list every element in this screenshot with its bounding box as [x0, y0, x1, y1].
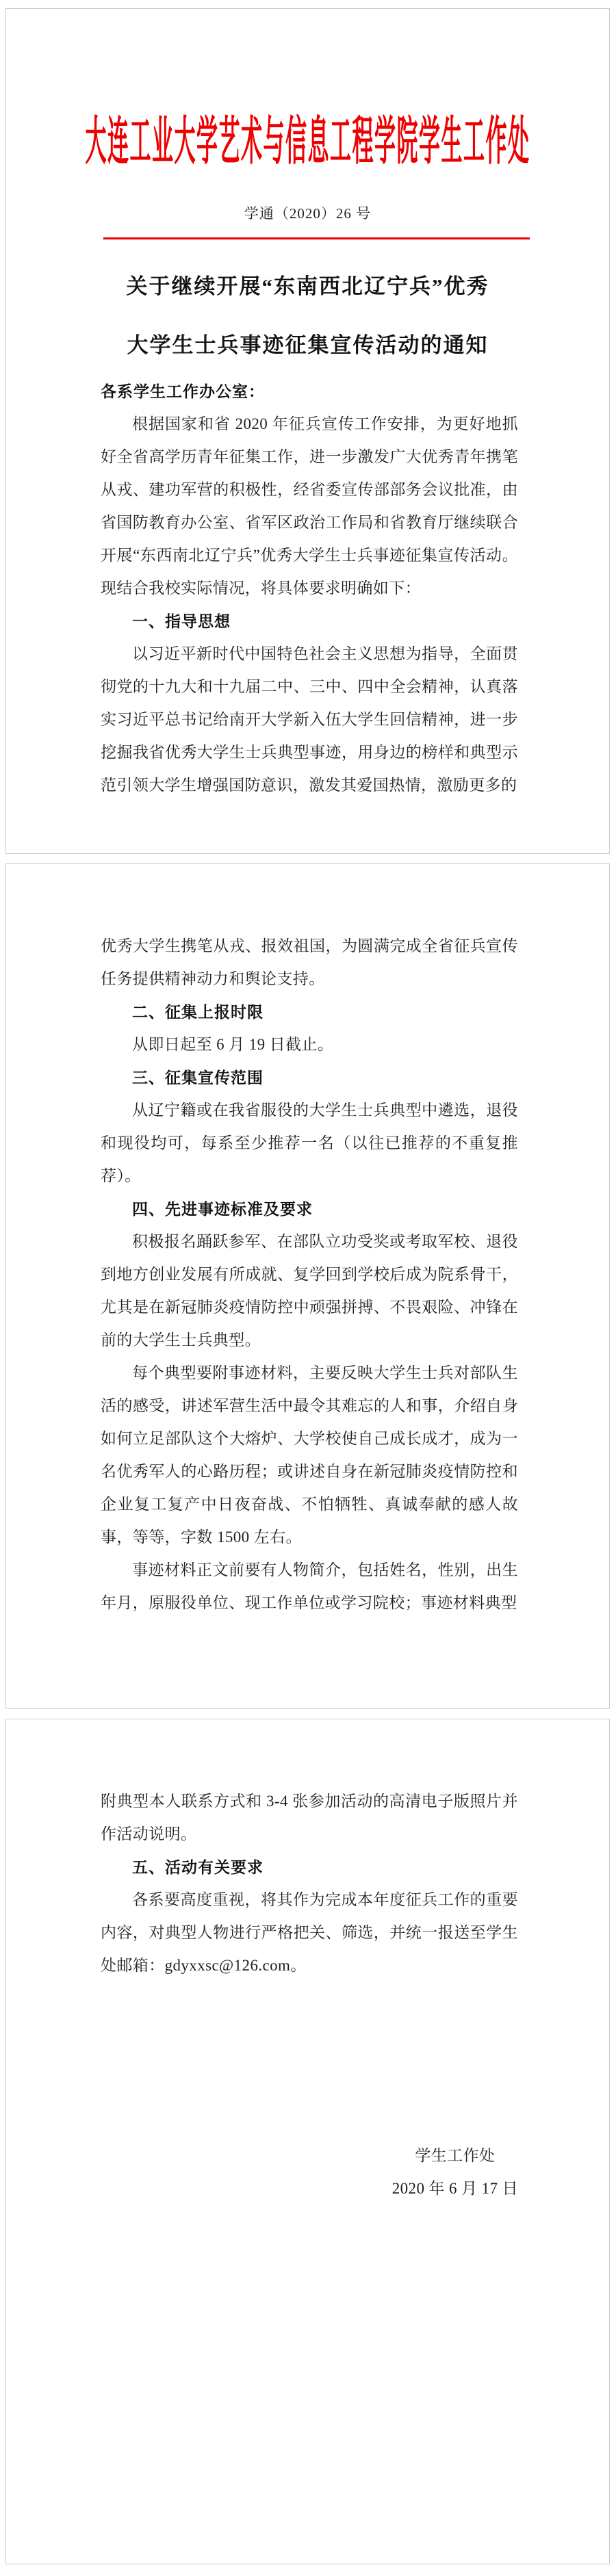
page-2: 优秀大学生携笔从戎、报效祖国，为圆满完成全省征兵宣传任务提供精神动力和舆论支持。…	[5, 863, 610, 1709]
red-divider-rule	[103, 237, 530, 239]
paragraph-activity-requirements: 各系要高度重视，将其作为完成本年度征兵工作的重要内容，对典型人物进行严格把关、筛…	[101, 1884, 518, 1982]
document-number: 学通（2020）26 号	[6, 205, 609, 222]
section-heading-2: 二、征集上报时限	[101, 996, 518, 1028]
letterhead: 大连工业大学艺术与信息工程学院学生工作处	[6, 105, 609, 168]
section-heading-3: 三、征集宣传范围	[101, 1061, 518, 1094]
paragraph-deadline: 从即日起至 6 月 19 日截止。	[101, 1028, 518, 1061]
paragraph-profile-requirements-continued: 附典型本人联系方式和 3-4 张参加活动的高清电子版照片并作活动说明。	[101, 1785, 518, 1851]
paragraph-material-requirements: 每个典型要附事迹材料，主要反映大学生士兵对部队生活的感受，讲述军营生活中最令其难…	[101, 1357, 518, 1554]
paragraph-guiding-thought: 以习近平新时代中国特色社会主义思想为指导，全面贯彻党的十九大和十九届二中、三中、…	[101, 638, 518, 802]
signature-date: 2020 年 6 月 17 日	[392, 2172, 518, 2205]
page-1: 大连工业大学艺术与信息工程学院学生工作处 学通（2020）26 号 关于继续开展…	[5, 8, 610, 854]
signer-name: 学生工作处	[392, 2139, 518, 2172]
page-3-body: 附典型本人联系方式和 3-4 张参加活动的高清电子版照片并作活动说明。 五、活动…	[6, 1719, 609, 2205]
section-heading-5: 五、活动有关要求	[101, 1851, 518, 1884]
paragraph-standards: 积极报名踊跃参军、在部队立功受奖或考取军校、退役到地方创业发展有所成就、复学回到…	[101, 1225, 518, 1357]
signature-block: 学生工作处 2020 年 6 月 17 日	[392, 2139, 518, 2205]
paragraph-scope: 从辽宁籍或在我省服役的大学生士兵典型中遴选，退役和现役均可，每系至少推荐一名（以…	[101, 1094, 518, 1193]
page-1-body: 各系学生工作办公室： 根据国家和省 2020 年征兵宣传工作安排，为更好地抓好全…	[6, 375, 609, 802]
paragraph-guiding-thought-continued: 优秀大学生携笔从戎、报效祖国，为圆满完成全省征兵宣传任务提供精神动力和舆论支持。	[101, 930, 518, 996]
letterhead-title: 大连工业大学艺术与信息工程学院学生工作处	[86, 99, 530, 174]
notice-title-line2: 大学生士兵事迹征集宣传活动的通知	[6, 316, 609, 375]
page-2-body: 优秀大学生携笔从戎、报效祖国，为圆满完成全省征兵宣传任务提供精神动力和舆论支持。…	[6, 864, 609, 1619]
section-heading-4: 四、先进事迹标准及要求	[101, 1193, 518, 1225]
salutation: 各系学生工作办公室：	[101, 375, 518, 408]
page-3: 附典型本人联系方式和 3-4 张参加活动的高清电子版照片并作活动说明。 五、活动…	[5, 1719, 610, 2564]
document-viewport: 大连工业大学艺术与信息工程学院学生工作处 学通（2020）26 号 关于继续开展…	[0, 0, 616, 2576]
paragraph-intro: 根据国家和省 2020 年征兵宣传工作安排，为更好地抓好全省高学历青年征集工作，…	[101, 408, 518, 605]
notice-title: 关于继续开展“东南西北辽宁兵”优秀 大学生士兵事迹征集宣传活动的通知	[6, 257, 609, 375]
notice-title-line1: 关于继续开展“东南西北辽宁兵”优秀	[6, 257, 609, 316]
section-heading-1: 一、指导思想	[101, 605, 518, 638]
paragraph-profile-requirements: 事迹材料正文前要有人物简介，包括姓名，性别，出生年月，原服役单位、现工作单位或学…	[101, 1554, 518, 1619]
